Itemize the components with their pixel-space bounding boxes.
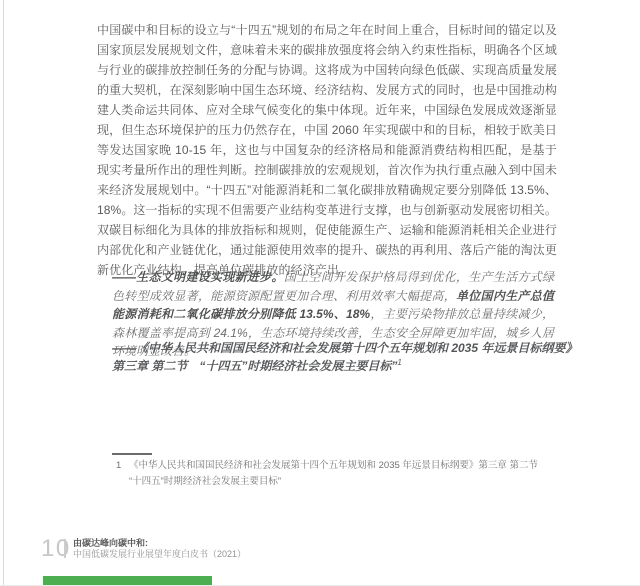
report-title-line-2: 中国低碳发展行业展望年度白皮书（2021） [73,549,246,560]
footer-divider-bar [64,539,66,558]
footnote: 1 《中华人民共和国国民经济和社会发展第十四个五年规划和 2035 年远景目标纲… [116,458,552,490]
body-paragraph: 中国碳中和目标的设立与“十四五”规划的布局之年在时间上重合，目标时间的锚定以及国… [97,20,557,280]
citation-line-2: 第三章 第二节 “十四五”时期经济社会发展主要目标”1 [112,357,572,375]
eco-paragraph-lead: ——生态文明建设实现新进步。 [112,270,284,284]
report-title-line-1: 由碳达峰向碳中和: [73,538,246,549]
document-page: 中国碳中和目标的设立与“十四五”规划的布局之年在时间上重合，目标时间的锚定以及国… [0,0,640,586]
footnote-text-line-1: 《中华人民共和国国民经济和社会发展第十四个五年规划和 2035 年远景目标纲要》… [129,460,538,471]
footnote-reference-superscript: 1 [397,358,401,367]
footnote-text-line-2: “十四五”时期经济社会发展主要目标” [129,476,281,487]
citation-line-1: ——《中华人民共和国国民经济和社会发展第十四个五年规划和 2035 年远景目标纲… [112,339,572,357]
footnote-text: 《中华人民共和国国民经济和社会发展第十四个五年规划和 2035 年远景目标纲要》… [129,458,552,490]
footnote-divider [112,453,152,455]
footnote-number: 1 [116,458,129,490]
report-title-block: 由碳达峰向碳中和: 中国低碳发展行业展望年度白皮书（2021） [73,538,246,559]
citation-line-2-text: 第三章 第二节 “十四五”时期经济社会发展主要目标” [112,359,397,373]
page-left-edge-line [3,0,4,586]
citation-paragraph: ——《中华人民共和国国民经济和社会发展第十四个五年规划和 2035 年远景目标纲… [112,339,572,375]
page-number: 10 [41,535,71,563]
